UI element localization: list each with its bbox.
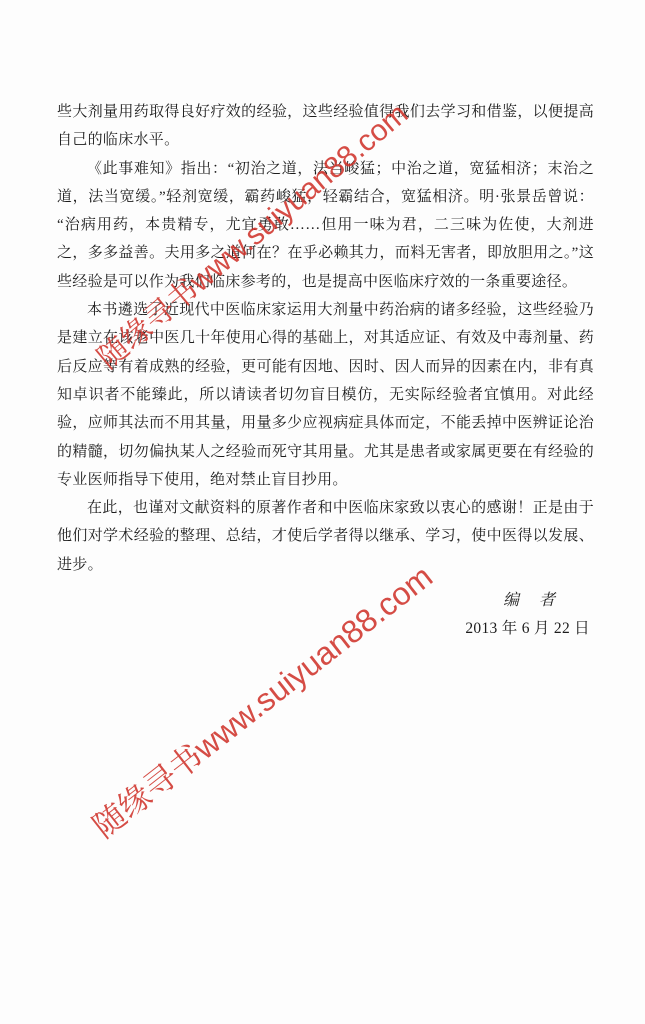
paragraph-continuation: 些大剂量用药取得良好疗效的经验，这些经验值得我们去学习和借鉴，以便提高自己的临床… <box>57 98 594 155</box>
paragraph: 本书遴选了近现代中医临床家运用大剂量中药治病的诸多经验，这些经验乃是建立在该老中… <box>57 296 594 494</box>
signature: 编 者 <box>57 587 594 615</box>
body-text: 些大剂量用药取得良好疗效的经验，这些经验值得我们去学习和借鉴，以便提高自己的临床… <box>57 98 594 644</box>
signature-date: 2013 年 6 月 22 日 <box>57 615 594 643</box>
paragraph: 在此，也谨对文献资料的原著作者和中医临床家致以衷心的感谢！正是由于他们对学术经验… <box>57 494 594 579</box>
signature-block: 编 者 2013 年 6 月 22 日 <box>57 587 594 644</box>
scan-page: 些大剂量用药取得良好疗效的经验，这些经验值得我们去学习和借鉴，以便提高自己的临床… <box>0 0 645 1024</box>
paragraph: 《此事难知》指出：“初治之道，法当峻猛；中治之道，宽猛相济；末治之道，法当宽缓。… <box>57 155 594 296</box>
